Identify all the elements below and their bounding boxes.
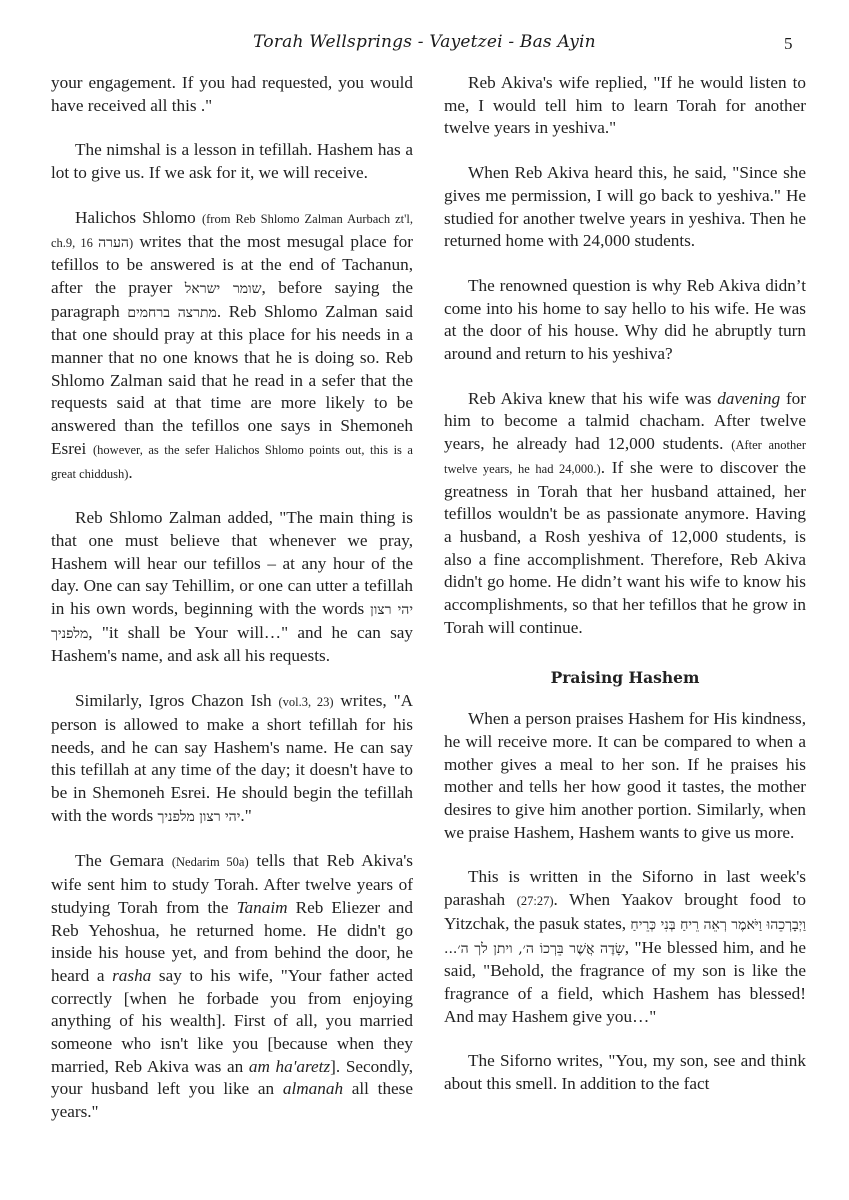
paragraph-text: Reb Akiva knew that his wife was (468, 389, 717, 408)
paragraph-text: . If she were to discover the greatness … (444, 458, 806, 637)
paragraph: The Siforno writes, "You, my son, see an… (444, 1050, 806, 1095)
paragraph: The nimshal is a lesson in tefillah. Has… (51, 139, 413, 184)
hebrew-text: מתרצה ברחמים (127, 305, 217, 321)
running-header: Torah Wellsprings - Vayetzei - Bas Ayin … (0, 32, 849, 60)
paragraph-text: The renowned question is why Reb Akiva d… (444, 276, 806, 363)
paragraph-text: . Reb Shlomo Zalman said that one should… (51, 302, 413, 458)
paragraph: When a person praises Hashem for His kin… (444, 708, 806, 844)
citation: (27:27) (517, 894, 554, 908)
paragraph: Reb Shlomo Zalman added, "The main thing… (51, 507, 413, 668)
hebrew-text: הערה (98, 235, 129, 251)
italic-term: rasha (112, 966, 151, 985)
left-column: your engagement. If you had requested, y… (51, 72, 413, 1146)
paragraph-text: ." (240, 806, 251, 825)
hebrew-text: שומר ישראל (185, 281, 262, 297)
paragraph-text: your engagement. If you had requested, y… (51, 73, 413, 115)
paragraph-text: . (128, 463, 132, 482)
italic-term: davening (717, 389, 780, 408)
hebrew-text: יהי רצון מלפניך (157, 809, 240, 825)
paragraph: your engagement. If you had requested, y… (51, 72, 413, 117)
paragraph-text: The Siforno writes, "You, my son, see an… (444, 1051, 806, 1093)
italic-term: am ha'aretz (249, 1057, 330, 1076)
citation: (vol.3, 23) (279, 695, 334, 709)
paragraph: Reb Akiva's wife replied, "If he would l… (444, 72, 806, 140)
paragraph-text: Reb Shlomo Zalman added, "The main thing… (51, 508, 413, 618)
italic-term: almanah (283, 1079, 343, 1098)
right-column: Reb Akiva's wife replied, "If he would l… (444, 72, 806, 1118)
document-page: Torah Wellsprings - Vayetzei - Bas Ayin … (0, 0, 849, 1200)
paragraph-text: When Reb Akiva heard this, he said, "Sin… (444, 163, 806, 250)
paragraph-text: Halichos Shlomo (75, 208, 202, 227)
italic-term: Tanaim (237, 898, 288, 917)
paragraph-halichos-shlomo: Halichos Shlomo (from Reb Shlomo Zalman … (51, 207, 413, 485)
paragraph: Similarly, Igros Chazon Ish (vol.3, 23) … (51, 690, 413, 828)
paragraph: The renowned question is why Reb Akiva d… (444, 275, 806, 366)
section-heading: Praising Hashem (444, 667, 806, 690)
paragraph: When Reb Akiva heard this, he said, "Sin… (444, 162, 806, 253)
paragraph-text: When a person praises Hashem for His kin… (444, 709, 806, 842)
paragraph: The Gemara (Nedarim 50a) tells that Reb … (51, 850, 413, 1123)
page-number: 5 (784, 34, 793, 54)
paragraph-text: , "it shall be Your will…" and he can sa… (51, 623, 413, 666)
citation: (Nedarim 50a) (172, 855, 249, 869)
paragraph-text: writes, "A person is allowed to make a s… (51, 691, 413, 825)
header-title: Torah Wellsprings - Vayetzei - Bas Ayin (0, 32, 849, 52)
paragraph: Reb Akiva knew that his wife was davenin… (444, 388, 806, 640)
paragraph-text: The nimshal is a lesson in tefillah. Has… (51, 140, 413, 182)
paragraph-text: Reb Akiva's wife replied, "If he would l… (444, 73, 806, 137)
paragraph-text: The Gemara (75, 851, 172, 870)
citation: (however, as the sefer Halichos Shlomo p… (51, 443, 413, 481)
paragraph-text: Similarly, Igros Chazon Ish (75, 691, 279, 710)
paragraph: This is written in the Siforno in last w… (444, 866, 806, 1028)
